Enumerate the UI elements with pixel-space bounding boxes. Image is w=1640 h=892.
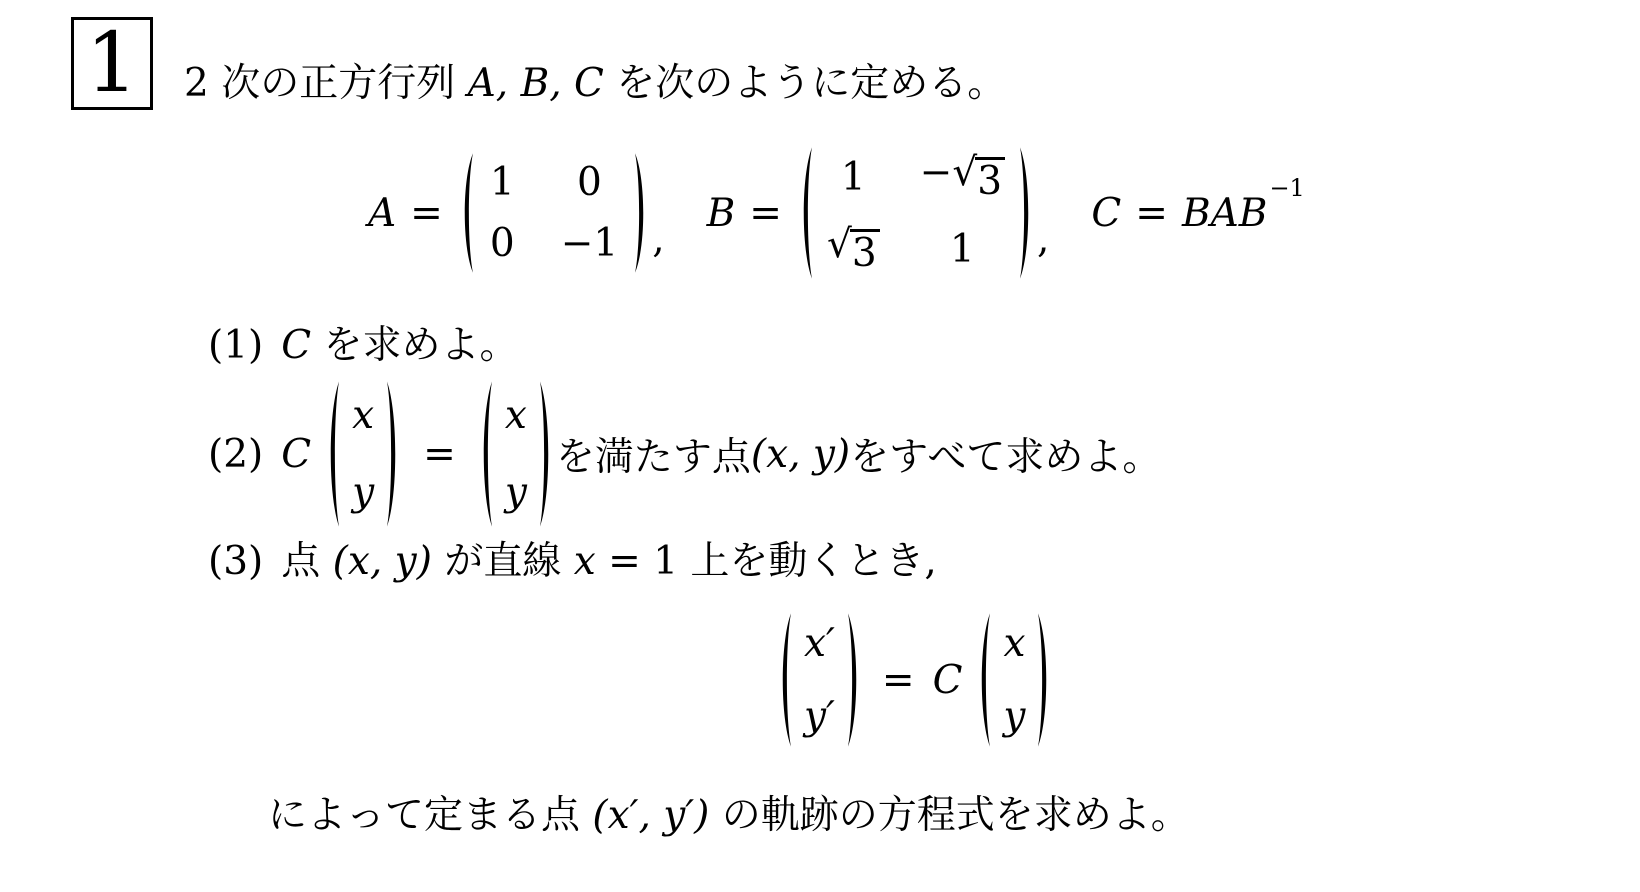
line-equation-value: = 1 [596, 539, 691, 584]
right-paren-icon [631, 152, 651, 274]
left-paren-icon [476, 380, 496, 528]
left-paren-icon [775, 612, 795, 748]
part-2-text-pre: を満たす点 [556, 426, 751, 482]
part-3-closing-line: によって定まる点 (x′, y′) の軌跡の方程式を求めよ。 [268, 792, 1190, 841]
line-variable: x [574, 539, 596, 584]
part-3-label: (3) [208, 539, 263, 584]
equals-sign: = [882, 658, 915, 703]
vector-cells: x y [999, 624, 1029, 736]
c-definition-product: BAB−1 [1182, 190, 1305, 236]
vector-cell: x [352, 396, 374, 435]
separator-comma: , [1037, 217, 1049, 262]
radical-sign: √ [952, 157, 977, 189]
bab-product: BAB [1182, 191, 1267, 236]
right-paren-icon [1034, 612, 1054, 748]
left-paren-icon [323, 380, 343, 528]
radicand: 3 [975, 157, 1005, 201]
vector-cell: y [505, 473, 527, 512]
right-paren-icon [1016, 146, 1036, 280]
separator-comma: , [652, 217, 664, 262]
closing-point: (x′, y′) [592, 793, 709, 838]
sqrt-expression: √3 [827, 229, 880, 273]
intro-line: 2 次の正方行列 A, B, C を次のように定める。 [184, 60, 1006, 109]
matrix-a: 1 0 0 −1 [457, 152, 651, 274]
part-1-label: (1) [208, 323, 263, 368]
intro-text-pre: 2 次の正方行列 [184, 61, 468, 106]
transformation-equation: x′ y′ = C x y [775, 610, 1054, 750]
matrix-cell: 0 [577, 163, 602, 202]
vector-cell: y′ [804, 697, 835, 736]
equals-sign: = [423, 432, 456, 477]
part-2-text-post: をすべて求めよ。 [850, 426, 1161, 482]
part-3-point: (x, y) [333, 539, 432, 584]
equals-sign: = [410, 191, 443, 236]
matrix-cell: 1 [950, 230, 975, 269]
vector-cell: x′ [804, 624, 835, 663]
matrix-cell: 1 [490, 163, 515, 202]
right-paren-icon [844, 612, 864, 748]
matrix-b: 1 −√3 √3 1 [796, 146, 1036, 280]
matrix-c-definition: C = BAB−1 [1091, 190, 1304, 236]
column-vector-xy: x y [323, 380, 403, 528]
matrix-a-definition: A = 1 0 0 −1 [368, 152, 651, 274]
matrix-b-cells: 1 −√3 √3 1 [821, 153, 1011, 273]
equals-sign: = [1135, 191, 1168, 236]
matrix-cell: 1 [841, 158, 866, 197]
matrix-a-cells: 1 0 0 −1 [482, 163, 626, 263]
part-1-math: C [281, 323, 311, 368]
matrix-cell: −1 [561, 224, 619, 263]
vector-cell: y [352, 473, 374, 512]
part-3-text-pre: 点 [281, 539, 332, 584]
sqrt-expression: √3 [952, 157, 1005, 201]
intro-text-post: を次のように定める。 [604, 61, 1006, 106]
matrix-b-definition: B = 1 −√3 √3 1 [707, 146, 1036, 280]
vector-cell: x [505, 396, 527, 435]
part-2-label: (2) [208, 432, 263, 477]
vector-cell: x [1003, 624, 1025, 663]
vector-cells: x′ y′ [800, 624, 839, 736]
left-paren-icon [796, 146, 816, 280]
column-vector-xprime-yprime: x′ y′ [775, 612, 864, 748]
left-paren-icon [457, 152, 477, 274]
minus-sign: − [920, 150, 953, 195]
matrix-c-name: C [1091, 191, 1121, 236]
inverse-exponent: −1 [1269, 174, 1304, 202]
matrix-cell: 0 [490, 224, 515, 263]
equals-sign: = [749, 191, 782, 236]
column-vector-xy: x y [974, 612, 1054, 748]
part-1-text: を求めよ。 [311, 323, 518, 368]
matrix-c-symbol: C [933, 658, 963, 703]
vector-cells: x y [348, 396, 378, 512]
matrix-c-symbol: C [281, 432, 311, 477]
matrix-b-name: B [707, 191, 736, 236]
part-2-line: (2) C x y = x y を満たす点 (x, y) をすべて求めよ。 [208, 378, 1161, 530]
problem-number-box: 1 [71, 17, 153, 110]
matrix-definitions-equation: A = 1 0 0 −1 , B = 1 −√3 [368, 146, 1305, 280]
left-paren-icon [974, 612, 994, 748]
part-3-text-mid: が直線 [432, 539, 574, 584]
right-paren-icon [536, 380, 556, 528]
matrix-a-name: A [368, 191, 396, 236]
radicand: 3 [850, 229, 880, 273]
matrix-cell: −√3 [920, 153, 1005, 201]
matrix-cell: √3 [827, 225, 880, 273]
part-2-point: (x, y) [751, 432, 850, 477]
part-3-text-post: 上を動くとき, [690, 539, 936, 584]
problem-number: 1 [86, 23, 138, 105]
part-1-line: (1)C を求めよ。 [208, 322, 519, 371]
vector-cells: x y [501, 396, 531, 512]
math-problem-page: 1 2 次の正方行列 A, B, C を次のように定める。 A = 1 0 0 … [0, 0, 1640, 892]
right-paren-icon [383, 380, 403, 528]
part-3-line: (3)点 (x, y) が直線 x = 1 上を動くとき, [208, 538, 937, 587]
intro-math-names: A, B, C [468, 61, 604, 106]
closing-text-pre: によって定まる点 [268, 793, 592, 838]
vector-cell: y [1003, 697, 1025, 736]
radical-sign: √ [827, 229, 852, 261]
closing-text-post: の軌跡の方程式を求めよ。 [709, 793, 1189, 838]
column-vector-xy: x y [476, 380, 556, 528]
